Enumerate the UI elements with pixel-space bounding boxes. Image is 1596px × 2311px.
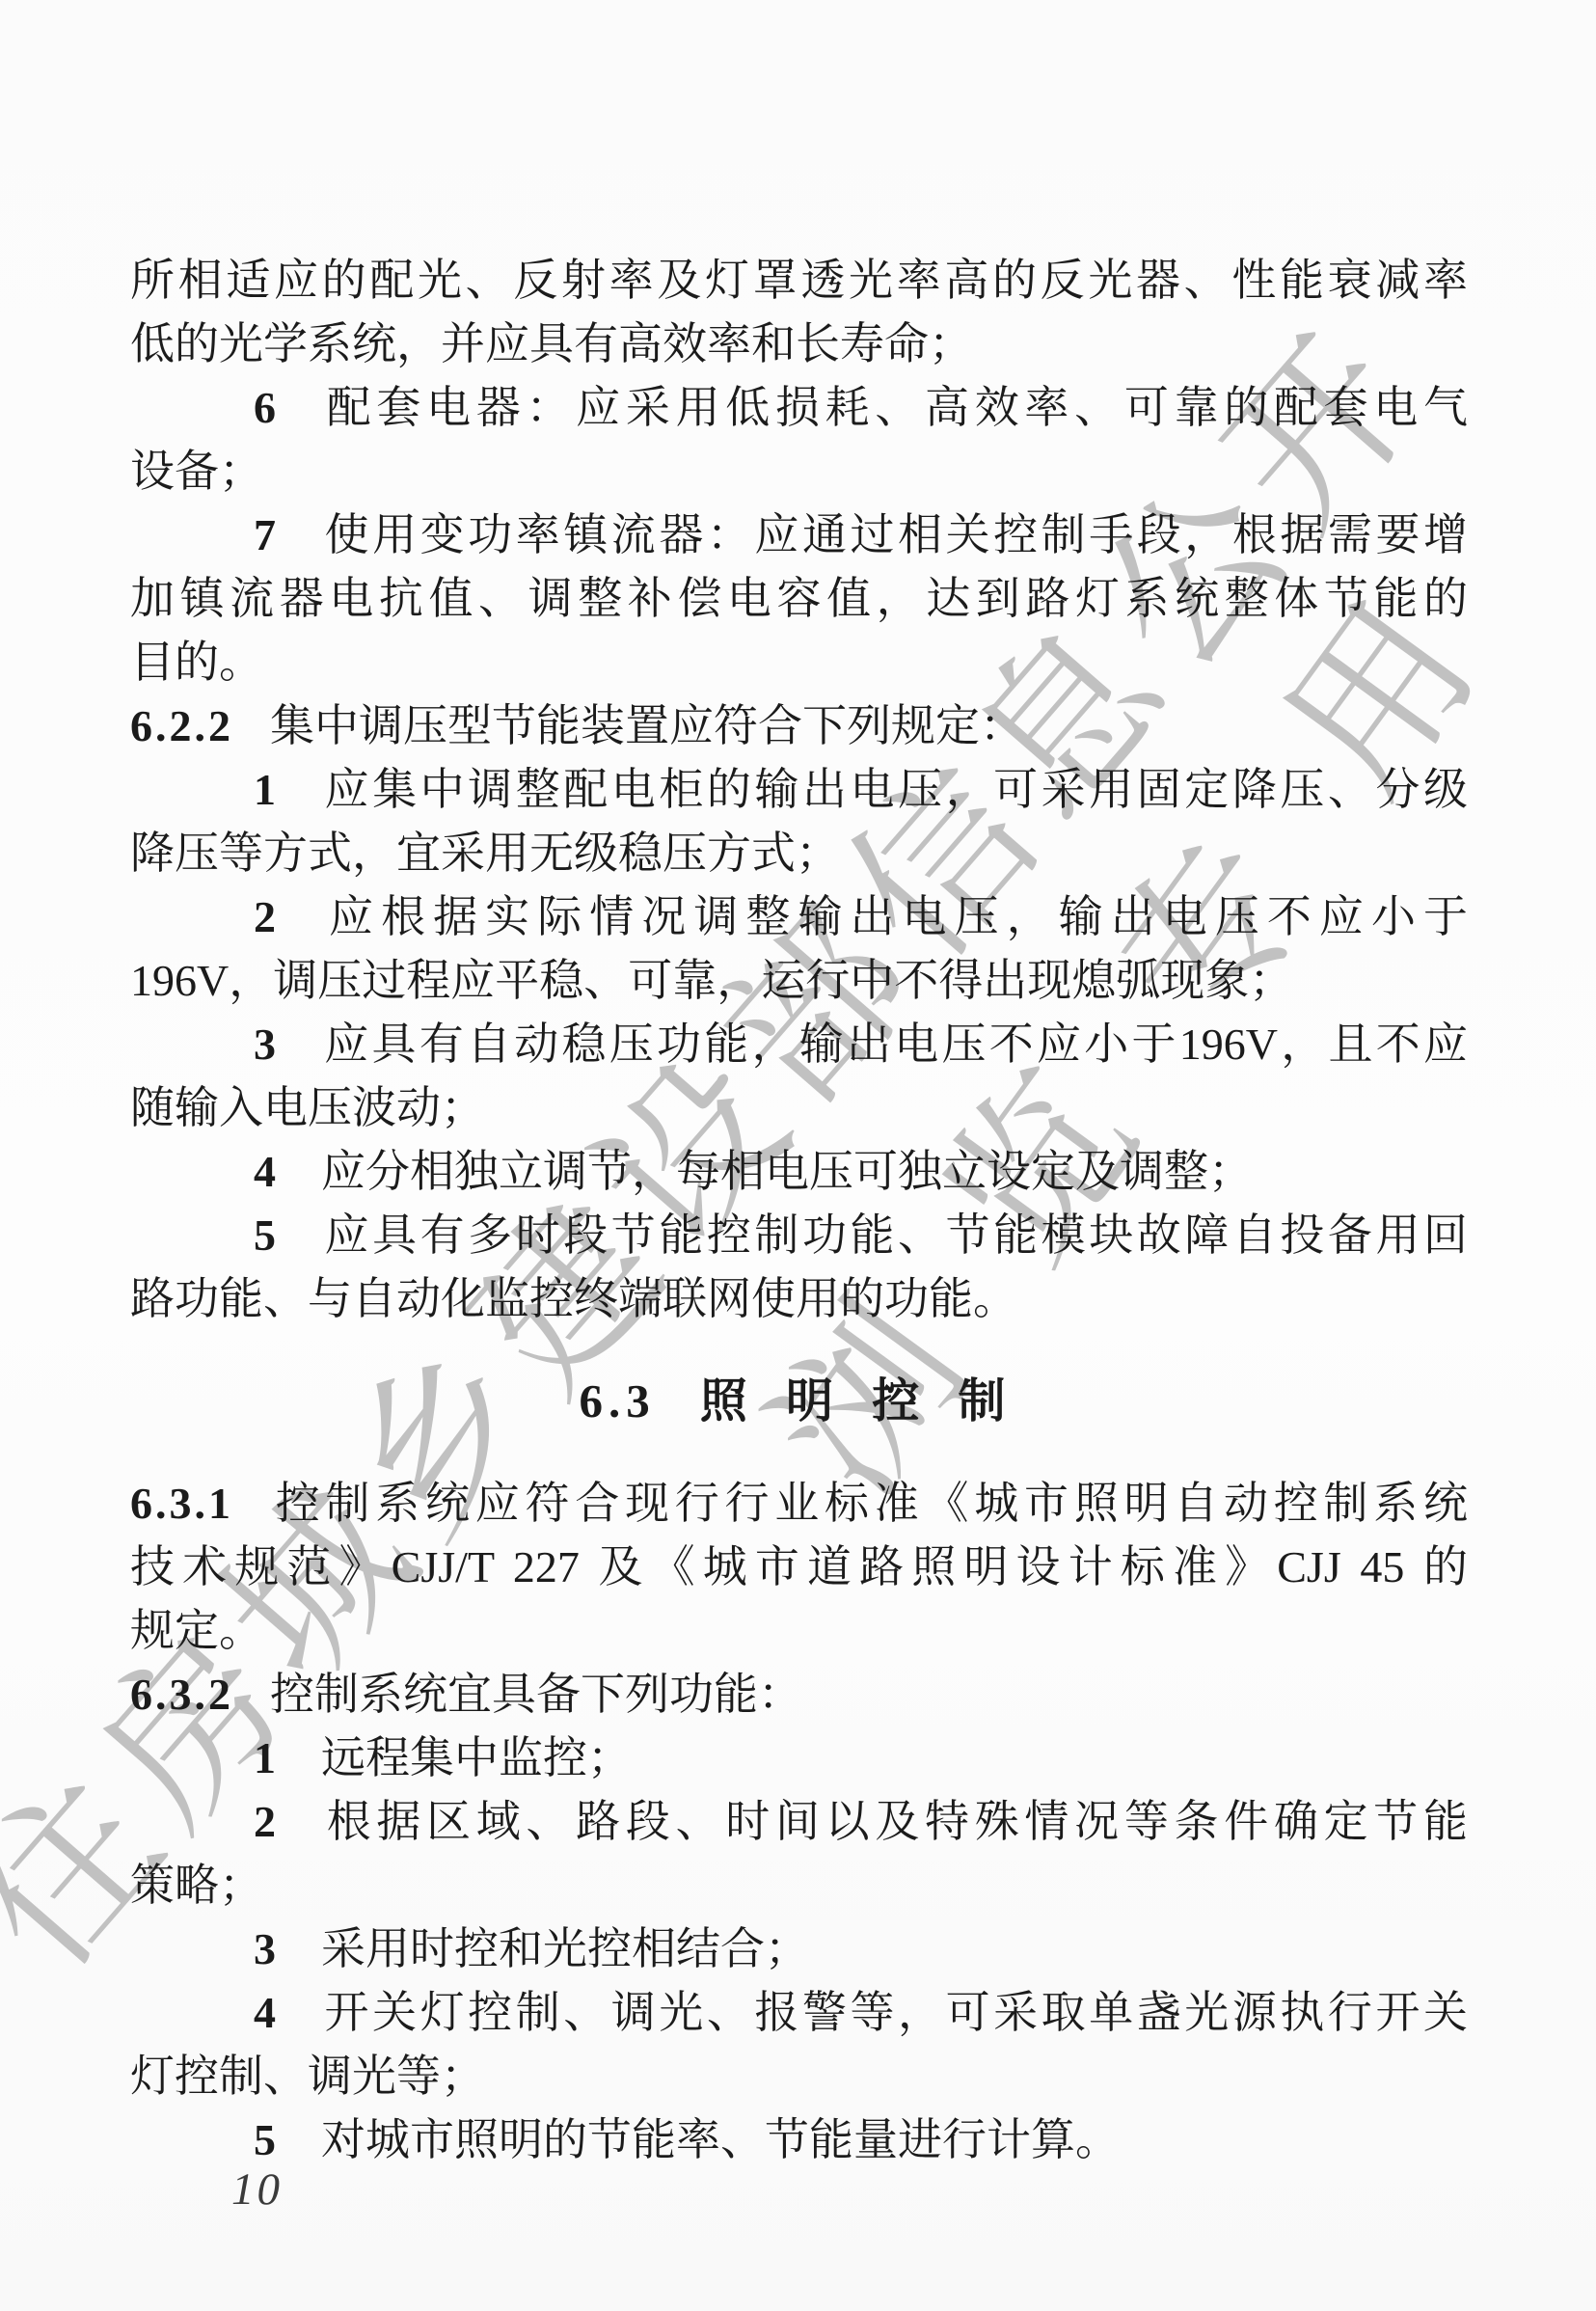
text-line: 低的光学系统，并应具有高效率和长寿命； <box>130 313 1468 376</box>
text-line: 加镇流器电抗值、调整补偿电容值，达到路灯系统整体节能的 <box>130 567 1468 631</box>
text-line: 随输入电压波动； <box>130 1076 1468 1140</box>
text-line: 3采用时控和光控相结合； <box>130 1917 1468 1981</box>
clause-number: 5 <box>254 1210 279 1260</box>
text-line: 1远程集中监控； <box>130 1726 1468 1790</box>
line-text: 低的光学系统，并应具有高效率和长寿命； <box>130 319 973 368</box>
line-text: 目的。 <box>130 638 263 687</box>
text-line: 196V，调压过程应平稳、可靠，运行中不得出现熄弧现象； <box>130 949 1468 1013</box>
text-line: 2应根据实际情况调整输出电压，输出电压不应小于 <box>130 885 1468 949</box>
line-text: 降压等方式，宜采用无级稳压方式； <box>130 829 840 878</box>
clause-line: 6.3.2控制系统宜具备下列功能： <box>130 1663 1468 1726</box>
line-text: 控制系统宜具备下列功能： <box>270 1670 802 1719</box>
clause-number: 7 <box>254 510 279 559</box>
text-line: 降压等方式，宜采用无级稳压方式； <box>130 822 1468 885</box>
line-text: 应根据实际情况调整输出电压，输出电压不应小于 <box>321 892 1468 941</box>
line-text: 开关灯控制、调光、报警等，可采取单盏光源执行开关 <box>321 1988 1468 2037</box>
text-line: 2根据区域、路段、时间以及特殊情况等条件确定节能 <box>130 1790 1468 1854</box>
text-line: 1应集中调整配电柜的输出电压，可采用固定降压、分级 <box>130 758 1468 822</box>
text-line: 5应具有多时段节能控制功能、节能模块故障自投备用回 <box>130 1204 1468 1267</box>
line-text: 灯控制、调光等； <box>130 2052 485 2101</box>
line-text: 设备； <box>130 447 263 496</box>
line-text: 配套电器：应采用低损耗、高效率、可靠的配套电气 <box>321 383 1468 432</box>
text-line: 策略； <box>130 1854 1468 1917</box>
clause-line: 6.3.1控制系统应符合现行行业标准《城市照明自动控制系统 <box>130 1472 1468 1536</box>
clause-number: 3 <box>254 1924 279 1973</box>
line-text: 路功能、与自动化监控终端联网使用的功能。 <box>130 1274 1017 1323</box>
text-line: 4开关灯控制、调光、报警等，可采取单盏光源执行开关 <box>130 1981 1468 2045</box>
section-heading: 6.3照 明 控 制 <box>130 1370 1468 1433</box>
line-text: 策略； <box>130 1861 263 1910</box>
text-line: 7使用变功率镇流器：应通过相关控制手段，根据需要增 <box>130 503 1468 567</box>
line-text: 所相适应的配光、反射率及灯罩透光率高的反光器、性能衰减率 <box>130 256 1468 305</box>
clause-number: 4 <box>254 1147 279 1196</box>
text-line: 4应分相独立调节，每相电压可独立设定及调整； <box>130 1140 1468 1204</box>
text-line: 3应具有自动稳压功能，输出电压不应小于196V，且不应 <box>130 1013 1468 1076</box>
text-line: 规定。 <box>130 1599 1468 1663</box>
line-text: 技术规范》CJJ/T 227 及《城市道路照明设计标准》CJJ 45 的 <box>130 1542 1468 1591</box>
page-number: 10 <box>231 2161 283 2218</box>
text-line: 目的。 <box>130 631 1468 694</box>
clause-number: 1 <box>254 765 279 814</box>
text-line: 灯控制、调光等； <box>130 2045 1468 2108</box>
line-text: 规定。 <box>130 1606 263 1655</box>
heading-number: 6.3 <box>579 1374 655 1427</box>
clause-number: 3 <box>254 1020 279 1069</box>
line-text: 应具有自动稳压功能，输出电压不应小于196V，且不应 <box>321 1020 1468 1069</box>
text-line: 设备； <box>130 440 1468 503</box>
line-text: 照 明 控 制 <box>700 1374 1019 1427</box>
clause-number: 1 <box>254 1733 279 1782</box>
line-text: 应分相独立调节，每相电压可独立设定及调整； <box>321 1147 1253 1196</box>
clause-number: 6.3.1 <box>130 1479 233 1528</box>
text-line: 路功能、与自动化监控终端联网使用的功能。 <box>130 1267 1468 1331</box>
clause-number: 4 <box>254 1988 279 2037</box>
line-text: 应集中调整配电柜的输出电压，可采用固定降压、分级 <box>321 765 1468 814</box>
text-line: 6配套电器：应采用低损耗、高效率、可靠的配套电气 <box>130 376 1468 440</box>
line-text: 加镇流器电抗值、调整补偿电容值，达到路灯系统整体节能的 <box>130 574 1468 623</box>
clause-line: 6.2.2集中调压型节能装置应符合下列规定： <box>130 694 1468 758</box>
text-line: 所相适应的配光、反射率及灯罩透光率高的反光器、性能衰减率 <box>130 249 1468 313</box>
line-text: 随输入电压波动； <box>130 1083 485 1132</box>
line-text: 集中调压型节能装置应符合下列规定： <box>270 701 1024 750</box>
clause-number: 6.3.2 <box>130 1670 233 1719</box>
clause-number: 2 <box>254 1797 279 1846</box>
text-line: 技术规范》CJJ/T 227 及《城市道路照明设计标准》CJJ 45 的 <box>130 1536 1468 1599</box>
clause-number: 6.2.2 <box>130 701 233 750</box>
line-text: 196V，调压过程应平稳、可靠，运行中不得出现熄弧现象； <box>130 956 1293 1005</box>
line-text: 使用变功率镇流器：应通过相关控制手段，根据需要增 <box>321 510 1468 559</box>
line-text: 应具有多时段节能控制功能、节能模块故障自投备用回 <box>321 1210 1468 1260</box>
line-text: 远程集中监控； <box>321 1733 632 1782</box>
clause-number: 6 <box>254 383 279 432</box>
text-column: 所相适应的配光、反射率及灯罩透光率高的反光器、性能衰减率低的光学系统，并应具有高… <box>130 249 1468 2172</box>
clause-number: 2 <box>254 892 279 941</box>
text-line: 5对城市照明的节能率、节能量进行计算。 <box>130 2108 1468 2172</box>
line-text: 根据区域、路段、时间以及特殊情况等条件确定节能 <box>321 1797 1468 1846</box>
line-text: 对城市照明的节能率、节能量进行计算。 <box>321 2115 1120 2164</box>
clause-number: 5 <box>254 2115 279 2164</box>
line-text: 采用时控和光控相结合； <box>321 1924 809 1973</box>
line-text: 控制系统应符合现行行业标准《城市照明自动控制系统 <box>270 1479 1468 1528</box>
